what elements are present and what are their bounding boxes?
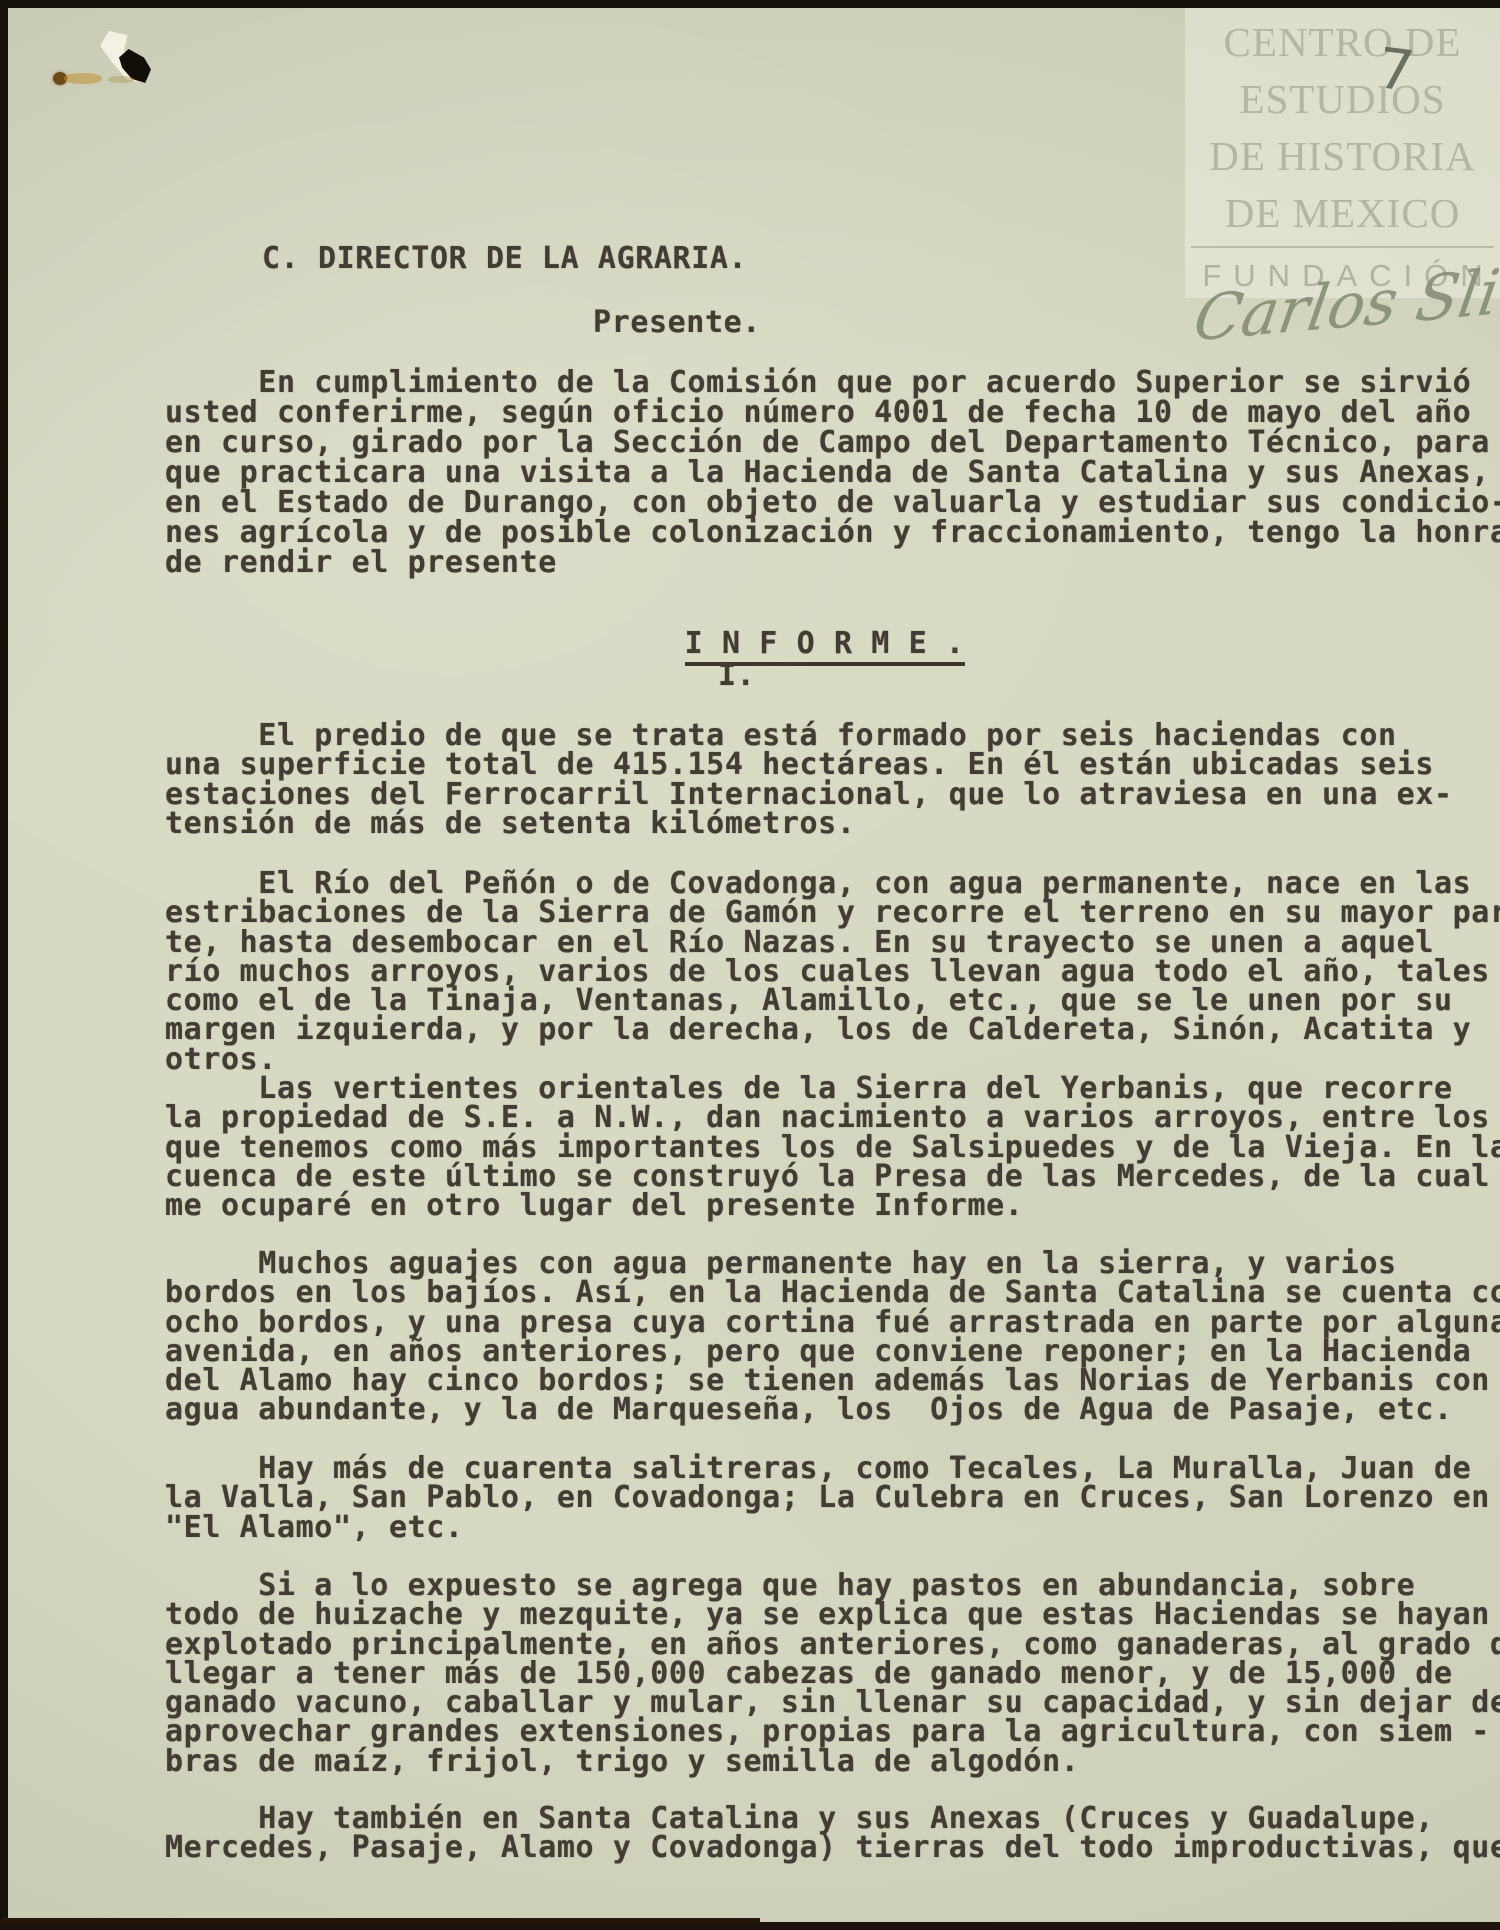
typed-line: tensión de más de setenta kilómetros. xyxy=(165,809,1453,838)
scan-edge-bottom xyxy=(0,1922,1500,1930)
typed-line: bras de maíz, frijol, trigo y semilla de… xyxy=(165,1747,1500,1776)
scan-edge-top xyxy=(0,0,1500,8)
typed-line: El predio de que se trata está formado p… xyxy=(165,721,1453,750)
archive-watermark-panel: CENTRO DEESTUDIOSDE HISTORIADE MEXICO FU… xyxy=(1185,8,1500,298)
typed-line: DE MEXICO xyxy=(1185,185,1500,242)
scan-edge-left xyxy=(0,0,8,1930)
typed-line: en curso, girado por la Sección de Campo… xyxy=(165,428,1500,458)
typed-salutation: C. DIRECTOR DE LA AGRARIA. xyxy=(262,244,747,273)
typed-line: usted conferirme, según oficio número 40… xyxy=(165,398,1500,428)
ink-stain-smear-faint xyxy=(108,76,134,83)
typed-line: El Río del Peñón o de Covadonga, con agu… xyxy=(165,869,1500,898)
typed-line: ESTUDIOS xyxy=(1185,71,1500,128)
typed-paragraph-pastos: Si a lo expuesto se agrega que hay pasto… xyxy=(165,1571,1500,1776)
typed-line: "El Alamo", etc. xyxy=(165,1513,1490,1542)
typed-line: Muchos aguajes con agua permanente hay e… xyxy=(165,1249,1500,1278)
typed-line: margen izquierda, y por la derecha, los … xyxy=(165,1015,1500,1044)
archive-watermark-rule xyxy=(1191,246,1494,248)
typed-line: estaciones del Ferrocarril Internacional… xyxy=(165,780,1453,809)
typed-line: Las vertientes orientales de la Sierra d… xyxy=(165,1074,1500,1103)
typed-paragraph-aguajes: Muchos aguajes con agua permanente hay e… xyxy=(165,1249,1500,1425)
typed-line: Mercedes, Pasaje, Alamo y Covadonga) tie… xyxy=(165,1833,1500,1862)
typed-line: que practicara una visita a la Hacienda … xyxy=(165,458,1500,488)
typed-line: Si a lo expuesto se agrega que hay pasto… xyxy=(165,1571,1500,1600)
typed-line: DE HISTORIA xyxy=(1185,128,1500,185)
section-numeral: I. xyxy=(718,661,755,690)
typed-line: la propiedad de S.E. a N.W., dan nacimie… xyxy=(165,1103,1500,1132)
typed-line: todo de huizache y mezquite, ya se expli… xyxy=(165,1600,1500,1629)
typed-line: en el Estado de Durango, con objeto de v… xyxy=(165,488,1500,518)
typed-line: aprovechar grandes extensiones, propias … xyxy=(165,1717,1500,1746)
typed-line: llegar a tener más de 150,000 cabezas de… xyxy=(165,1659,1500,1688)
archive-watermark-title: CENTRO DEESTUDIOSDE HISTORIADE MEXICO xyxy=(1185,14,1500,242)
typed-line: que tenemos como más importantes los de … xyxy=(165,1133,1500,1162)
typed-line: bordos en los bajíos. Así, en la Haciend… xyxy=(165,1278,1500,1307)
typed-paragraph-predio: El predio de que se trata está formado p… xyxy=(165,721,1453,838)
typed-line: CENTRO DE xyxy=(1185,14,1500,71)
typed-line: de rendir el presente xyxy=(165,548,1500,578)
document-scan-page: CENTRO DEESTUDIOSDE HISTORIADE MEXICO FU… xyxy=(0,0,1500,1930)
typed-line: nes agrícola y de posible colonización y… xyxy=(165,518,1500,548)
typed-line: ganado vacuno, caballar y mular, sin lle… xyxy=(165,1688,1500,1717)
typed-paragraph-anexas: Hay también en Santa Catalina y sus Anex… xyxy=(165,1804,1500,1863)
typed-line: la Valla, San Pablo, en Covadonga; La Cu… xyxy=(165,1483,1490,1512)
typed-paragraph-intro: En cumplimiento de la Comisión que por a… xyxy=(165,368,1500,578)
typed-paragraph-salitreras: Hay más de cuarenta salitreras, como Tec… xyxy=(165,1454,1490,1542)
typed-line: una superficie total de 415.154 hectárea… xyxy=(165,750,1453,779)
typed-line: estribaciones de la Sierra de Gamón y re… xyxy=(165,898,1500,927)
ink-stain-smear xyxy=(64,73,102,84)
typed-presente: Presente. xyxy=(593,308,761,337)
typed-line: En cumplimiento de la Comisión que por a… xyxy=(165,368,1500,398)
typed-line: como el de la Tinaja, Ventanas, Alamillo… xyxy=(165,986,1500,1015)
typed-line: Hay más de cuarenta salitreras, como Tec… xyxy=(165,1454,1490,1483)
typed-line: agua abundante, y la de Marqueseña, los … xyxy=(165,1395,1500,1424)
typed-line: te, hasta desembocar en el Río Nazas. En… xyxy=(165,928,1500,957)
typed-line: cuenca de este último se construyó la Pr… xyxy=(165,1162,1500,1191)
typed-line: explotado principalmente, en años anteri… xyxy=(165,1630,1500,1659)
typed-paragraph-rios: El Río del Peñón o de Covadonga, con agu… xyxy=(165,869,1500,1221)
typed-line: avenida, en años anteriores, pero que co… xyxy=(165,1337,1500,1366)
typed-line: otros. xyxy=(165,1045,1500,1074)
report-heading: I N F O R M E . xyxy=(610,600,965,695)
typed-line: del Alamo hay cinco bordos; se tienen ad… xyxy=(165,1366,1500,1395)
typed-line: ocho bordos, y una presa cuya cortina fu… xyxy=(165,1308,1500,1337)
typed-line: Hay también en Santa Catalina y sus Anex… xyxy=(165,1804,1500,1833)
typed-line: río muchos arroyos, varios de los cuales… xyxy=(165,957,1500,986)
typed-line: me ocuparé en otro lugar del presente In… xyxy=(165,1191,1500,1220)
